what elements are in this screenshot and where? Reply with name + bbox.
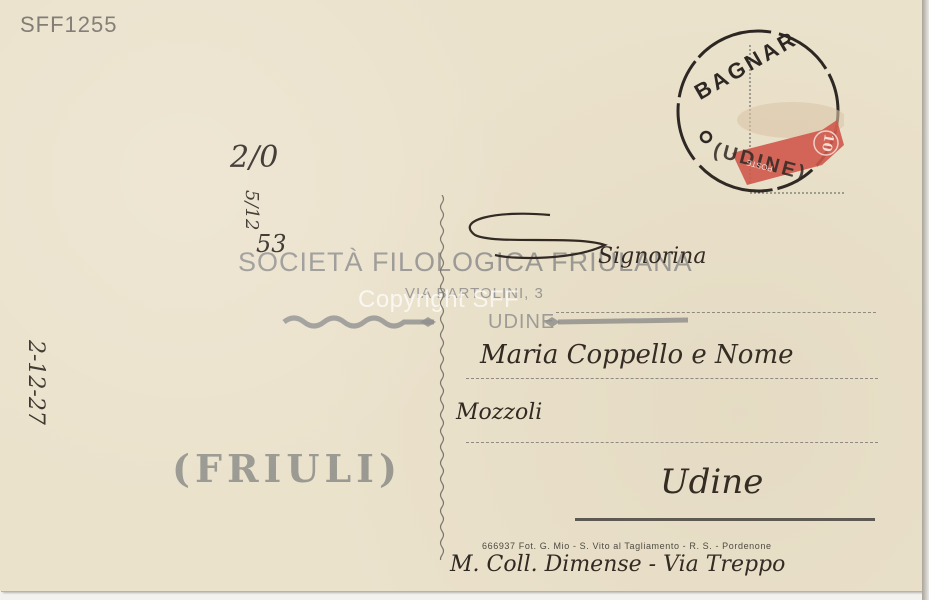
postage-stamp-value: 10 — [818, 132, 836, 152]
center-divider — [438, 195, 446, 560]
address-recipient: Maria Coppello e Nome — [480, 340, 794, 370]
catalog-number: SFF1255 — [20, 12, 118, 38]
address-line-3 — [466, 442, 878, 443]
address-city: Udine — [660, 462, 763, 502]
handwritten-date: 2-12-27 — [23, 340, 48, 425]
address-line2: Mozzoli — [456, 400, 542, 425]
address-line-1 — [556, 312, 876, 313]
postmark: BAGNAR (UDINE) POSTE 10 — [672, 25, 844, 197]
handwritten-note-top: 2/0 — [230, 140, 278, 175]
address-footer: M. Coll. Dimense - Via Treppo — [450, 552, 785, 577]
address-line-4 — [575, 518, 875, 521]
stamp-wave-right-icon — [540, 312, 700, 336]
scan-edge — [922, 0, 929, 600]
stamp-wave-left-icon — [280, 312, 440, 336]
handwritten-note-small: 5/12 — [241, 190, 262, 230]
address-line-2 — [466, 378, 878, 379]
region-stamp: (FRIULI) — [172, 446, 402, 491]
printer-imprint: 666937 Fot. G. Mio - S. Vito al Tagliame… — [482, 541, 772, 551]
salutation-flourish-icon — [455, 205, 625, 265]
postcard-back: SFF1255 2/0 5/12 53 SOCIETÀ FILOLOGICA F… — [0, 0, 922, 591]
